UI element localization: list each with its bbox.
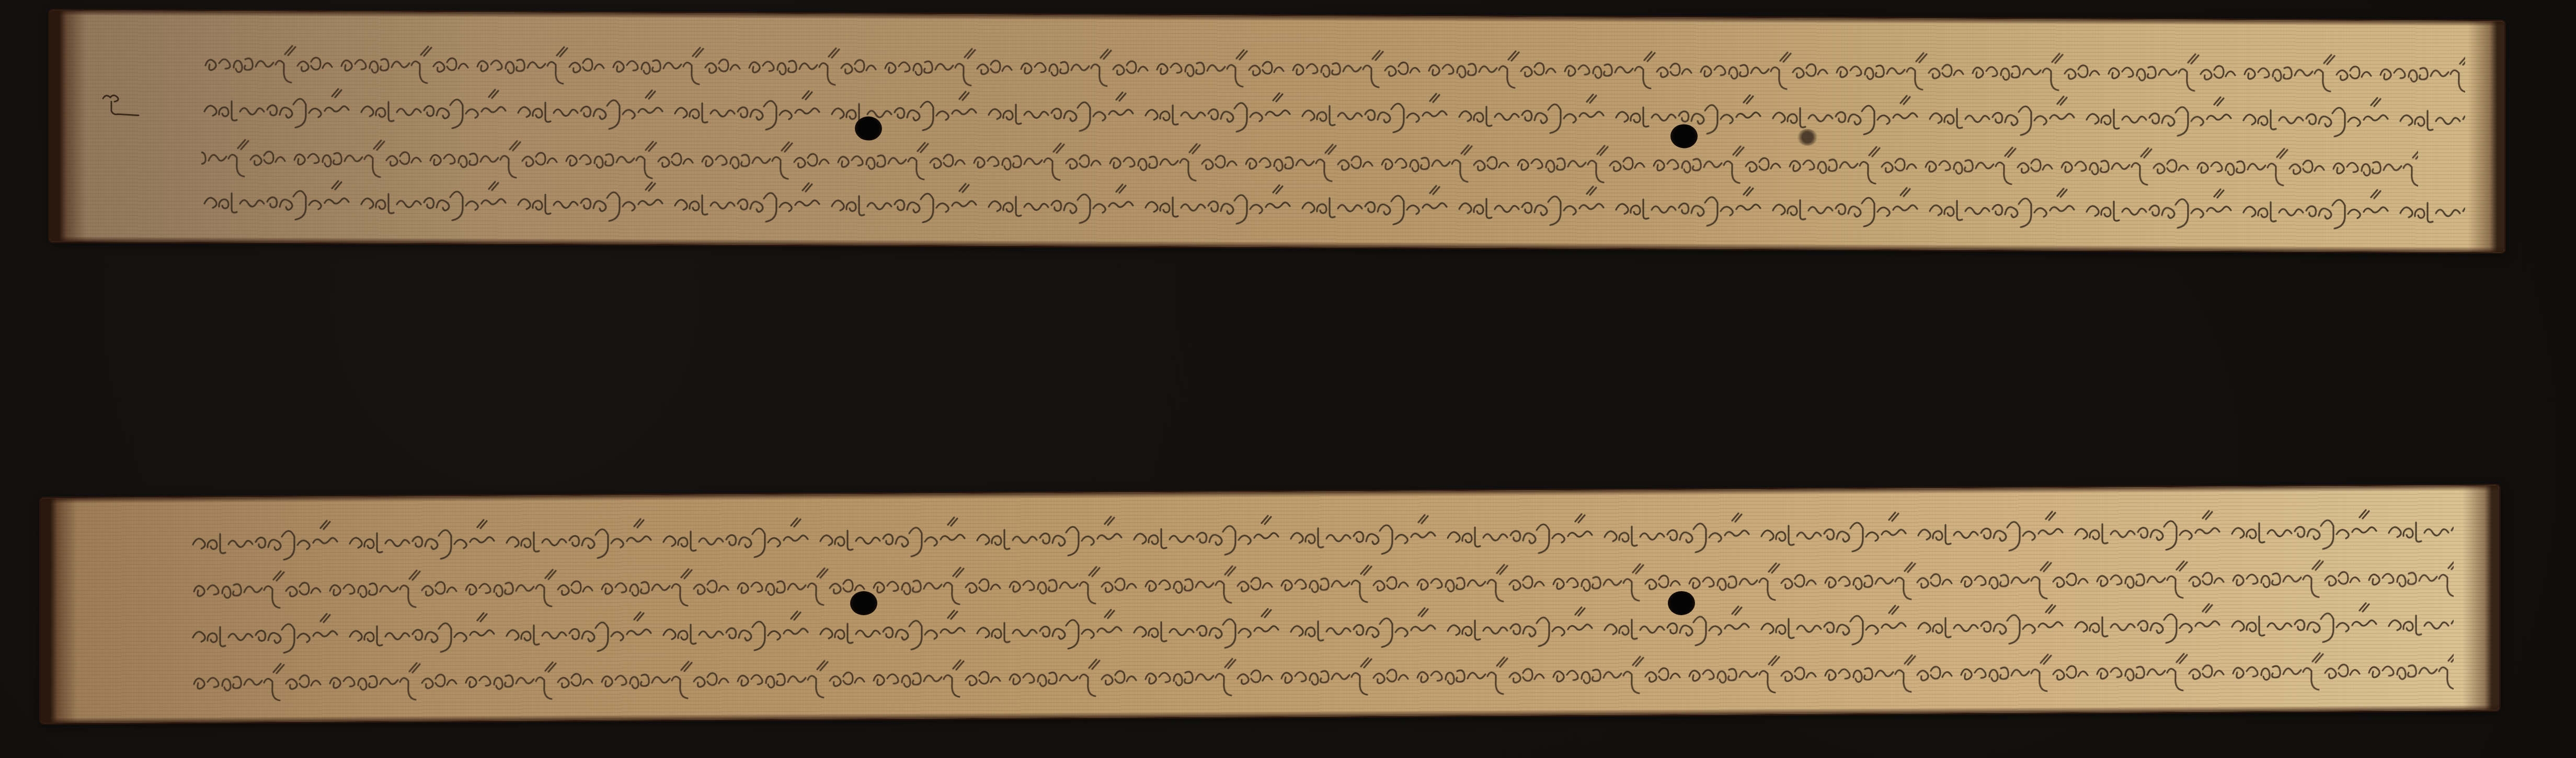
upper-leaf-stain xyxy=(1797,129,1818,145)
upper-leaf-right-burnt-edge xyxy=(2468,21,2504,252)
lower-leaf-right-burnt-edge xyxy=(2463,485,2499,710)
lower-palm-leaf xyxy=(41,485,2499,723)
upper-palm-leaf xyxy=(50,10,2504,252)
lower-leaf-string-hole-right xyxy=(1668,591,1695,615)
upper-leaf-string-hole-right xyxy=(1670,124,1698,148)
upper-leaf-string-hole-left xyxy=(855,116,882,140)
lower-leaf-left-burnt-edge xyxy=(41,498,77,723)
upper-leaf-text-line-4 xyxy=(201,177,2465,234)
lower-leaf-string-hole-left xyxy=(850,591,877,615)
upper-leaf-left-burnt-edge xyxy=(50,10,86,242)
leaf-number-glyph xyxy=(98,89,145,118)
